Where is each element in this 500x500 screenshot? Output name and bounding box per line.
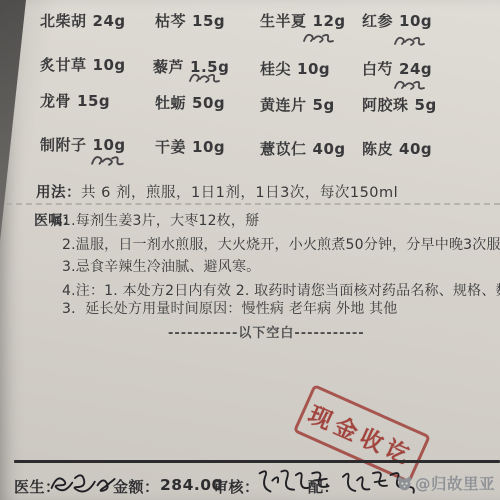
herb-item: 牡蛎50g bbox=[155, 92, 225, 113]
herb-dose: 40g bbox=[313, 140, 346, 158]
review-label: 审核： bbox=[213, 476, 260, 497]
herb-dose: 24g bbox=[399, 60, 432, 78]
herb-dose: 10g bbox=[297, 60, 330, 78]
herb-item: 红参10g bbox=[362, 10, 432, 31]
herb-name: 藜芦 bbox=[153, 58, 184, 76]
handwritten-check-mark bbox=[188, 70, 222, 86]
herb-item: 枯芩15g bbox=[155, 10, 225, 31]
watermark-text: @归故里亚 bbox=[415, 472, 495, 494]
herb-name: 制附子 bbox=[40, 136, 87, 154]
herb-name: 龙骨 bbox=[40, 92, 71, 110]
herb-name: 薏苡仁 bbox=[260, 140, 307, 158]
herb-dose: 40g bbox=[399, 140, 432, 158]
doctor-signature bbox=[48, 470, 120, 497]
herb-name: 桂尖 bbox=[260, 60, 291, 78]
herb-dose: 15g bbox=[77, 92, 110, 110]
herb-name: 白芍 bbox=[362, 60, 393, 78]
herb-item: 阿胶珠5g bbox=[362, 94, 437, 115]
herb-name: 枯芩 bbox=[155, 12, 186, 30]
herb-name: 干姜 bbox=[155, 138, 186, 156]
handwritten-check-mark bbox=[90, 152, 126, 169]
herb-item: 北柴胡24g bbox=[40, 10, 126, 31]
herb-item: 生半夏12g bbox=[260, 10, 346, 31]
herb-name: 生半夏 bbox=[260, 12, 307, 30]
herb-dose: 24g bbox=[93, 12, 126, 30]
herb-name: 炙甘草 bbox=[40, 56, 87, 74]
advice-line: 1.每剂生姜3片，大枣12枚，掰 bbox=[62, 210, 259, 230]
herb-dose: 10g bbox=[399, 12, 432, 30]
herb-name: 阿胶珠 bbox=[362, 96, 409, 114]
herb-dose: 5g bbox=[313, 96, 335, 114]
herb-name: 北柴胡 bbox=[40, 12, 87, 30]
usage-label: 用法： bbox=[36, 185, 81, 201]
usage-text: 共 6 剂，煎服，1日1剂，1日3次，每次150ml bbox=[81, 185, 398, 201]
handwritten-check-mark bbox=[302, 30, 336, 46]
advice-line: 2.温服，日一剂水煎服，大火烧开，小火煎煮50分钟，分早中晚3次服 bbox=[62, 234, 500, 254]
herb-item: 黄连片5g bbox=[260, 94, 335, 115]
advice-line: 4.注：1. 本处方2日内有效 2. 取药时请您当面核对药品名称、规格、数量 bbox=[62, 280, 500, 300]
dispense-label: 配： bbox=[308, 476, 339, 497]
prescription-photo: 北柴胡24g 枯芩15g 生半夏12g 红参10g 炙甘草10g 藜芦1.5g … bbox=[0, 0, 500, 500]
handwritten-check-mark bbox=[393, 77, 427, 93]
herb-dose: 15g bbox=[192, 12, 225, 30]
herb-item: 炙甘草10g bbox=[40, 54, 126, 75]
advice-line: 3.忌食辛辣生冷油腻、避风寒。 bbox=[62, 256, 260, 276]
herb-item: 干姜10g bbox=[155, 136, 225, 157]
herb-name: 陈皮 bbox=[362, 140, 393, 158]
herb-dose: 5g bbox=[415, 96, 437, 114]
blank-below-note: -----------以下空白----------- bbox=[168, 322, 365, 341]
advice-line: 3．延长处方用量时间原因：慢性病 老年病 外地 其他 bbox=[62, 298, 397, 318]
herb-item: 白芍24g bbox=[362, 58, 432, 79]
herb-item: 龙骨15g bbox=[40, 90, 110, 111]
herb-name: 黄连片 bbox=[260, 96, 307, 114]
herb-name: 红参 bbox=[362, 12, 393, 30]
watermark-logo-icon bbox=[396, 475, 413, 492]
watermark: @归故里亚 bbox=[396, 472, 495, 494]
handwritten-check-mark bbox=[393, 33, 427, 49]
usage-line: 用法：共 6 剂，煎服，1日1剂，1日3次，每次150ml bbox=[36, 181, 398, 202]
herb-item: 桂尖10g bbox=[260, 58, 330, 79]
amount-label: 金额： bbox=[113, 476, 160, 497]
herb-dose: 10g bbox=[192, 138, 225, 156]
herb-name: 牡蛎 bbox=[155, 94, 186, 112]
footer-divider-line bbox=[14, 460, 500, 463]
herb-item: 薏苡仁40g bbox=[260, 138, 346, 159]
herb-dose: 12g bbox=[313, 12, 346, 30]
herb-dose: 50g bbox=[192, 94, 225, 112]
herb-item: 陈皮40g bbox=[362, 138, 432, 159]
dashed-divider bbox=[6, 203, 500, 205]
herb-dose: 10g bbox=[93, 56, 126, 74]
